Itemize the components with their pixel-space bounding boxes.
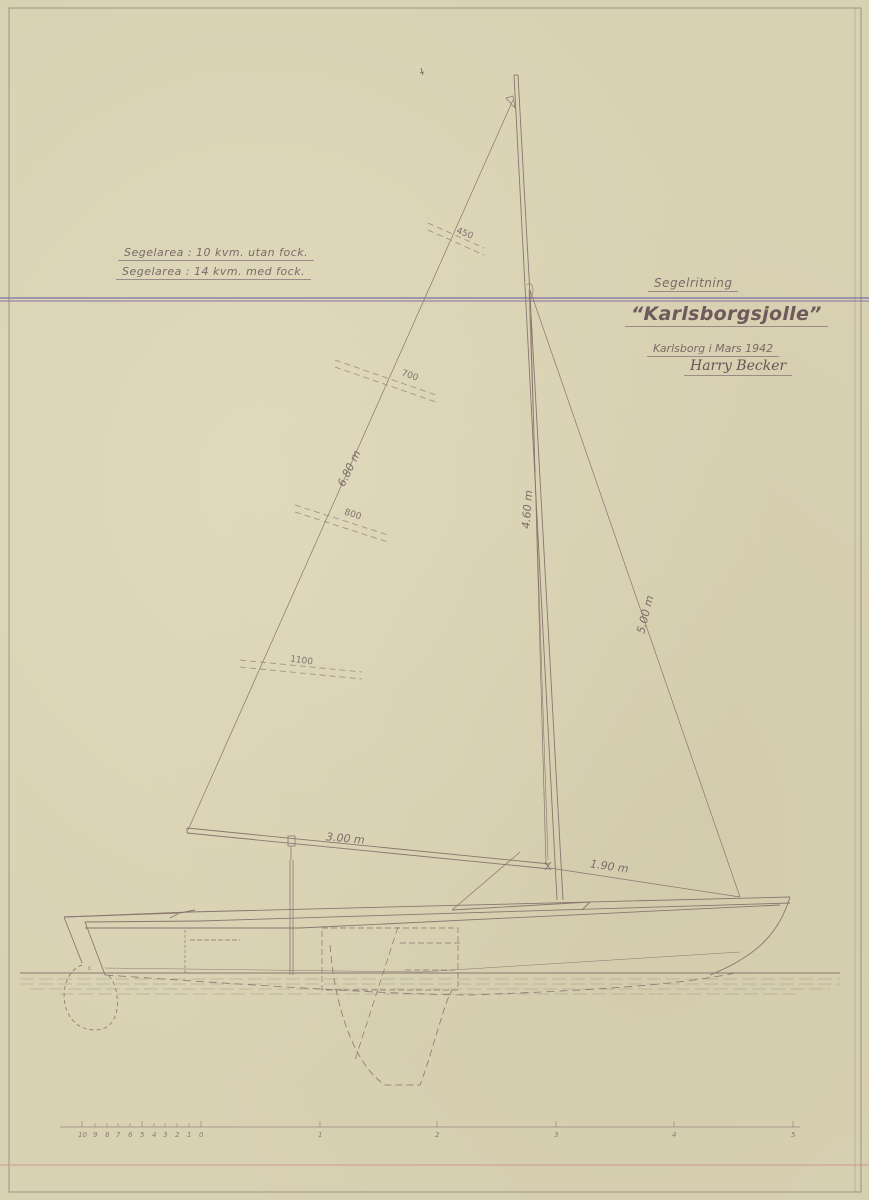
- pencil-mark: [420, 68, 424, 75]
- hull-bottom: [105, 972, 740, 995]
- rudder: [64, 965, 117, 1030]
- scale-bar: [60, 1121, 800, 1127]
- battens: [240, 223, 484, 679]
- centerboard-case: [322, 928, 462, 990]
- boat-name: “Karlsborgsjolle”: [625, 303, 828, 327]
- hull: [64, 897, 790, 975]
- designer-signature: Harry Becker: [684, 358, 792, 376]
- sail-area-note-without-jib: Segelarea : 10 kvm. utan fock.: [118, 246, 314, 261]
- blue-rule: [0, 298, 869, 301]
- jib: [452, 284, 740, 910]
- mast: [514, 75, 563, 900]
- centerboard: [330, 945, 452, 1085]
- boom-crutch: [288, 836, 295, 975]
- drawing-heading: Segelritning: [648, 276, 738, 292]
- sail-plan-drawing: c: [0, 0, 869, 1200]
- sheet-border: [9, 8, 861, 1192]
- drawing-sheet: c: [0, 0, 869, 1200]
- place-and-date: Karlsborg i Mars 1942: [647, 342, 779, 357]
- water-hatching: [20, 979, 840, 994]
- mast-length-label: 4.60 m: [520, 490, 536, 530]
- svg-text:c: c: [88, 965, 91, 972]
- sail-area-note-with-jib: Segelarea : 14 kvm. med fock.: [116, 265, 311, 280]
- boom: [187, 828, 551, 870]
